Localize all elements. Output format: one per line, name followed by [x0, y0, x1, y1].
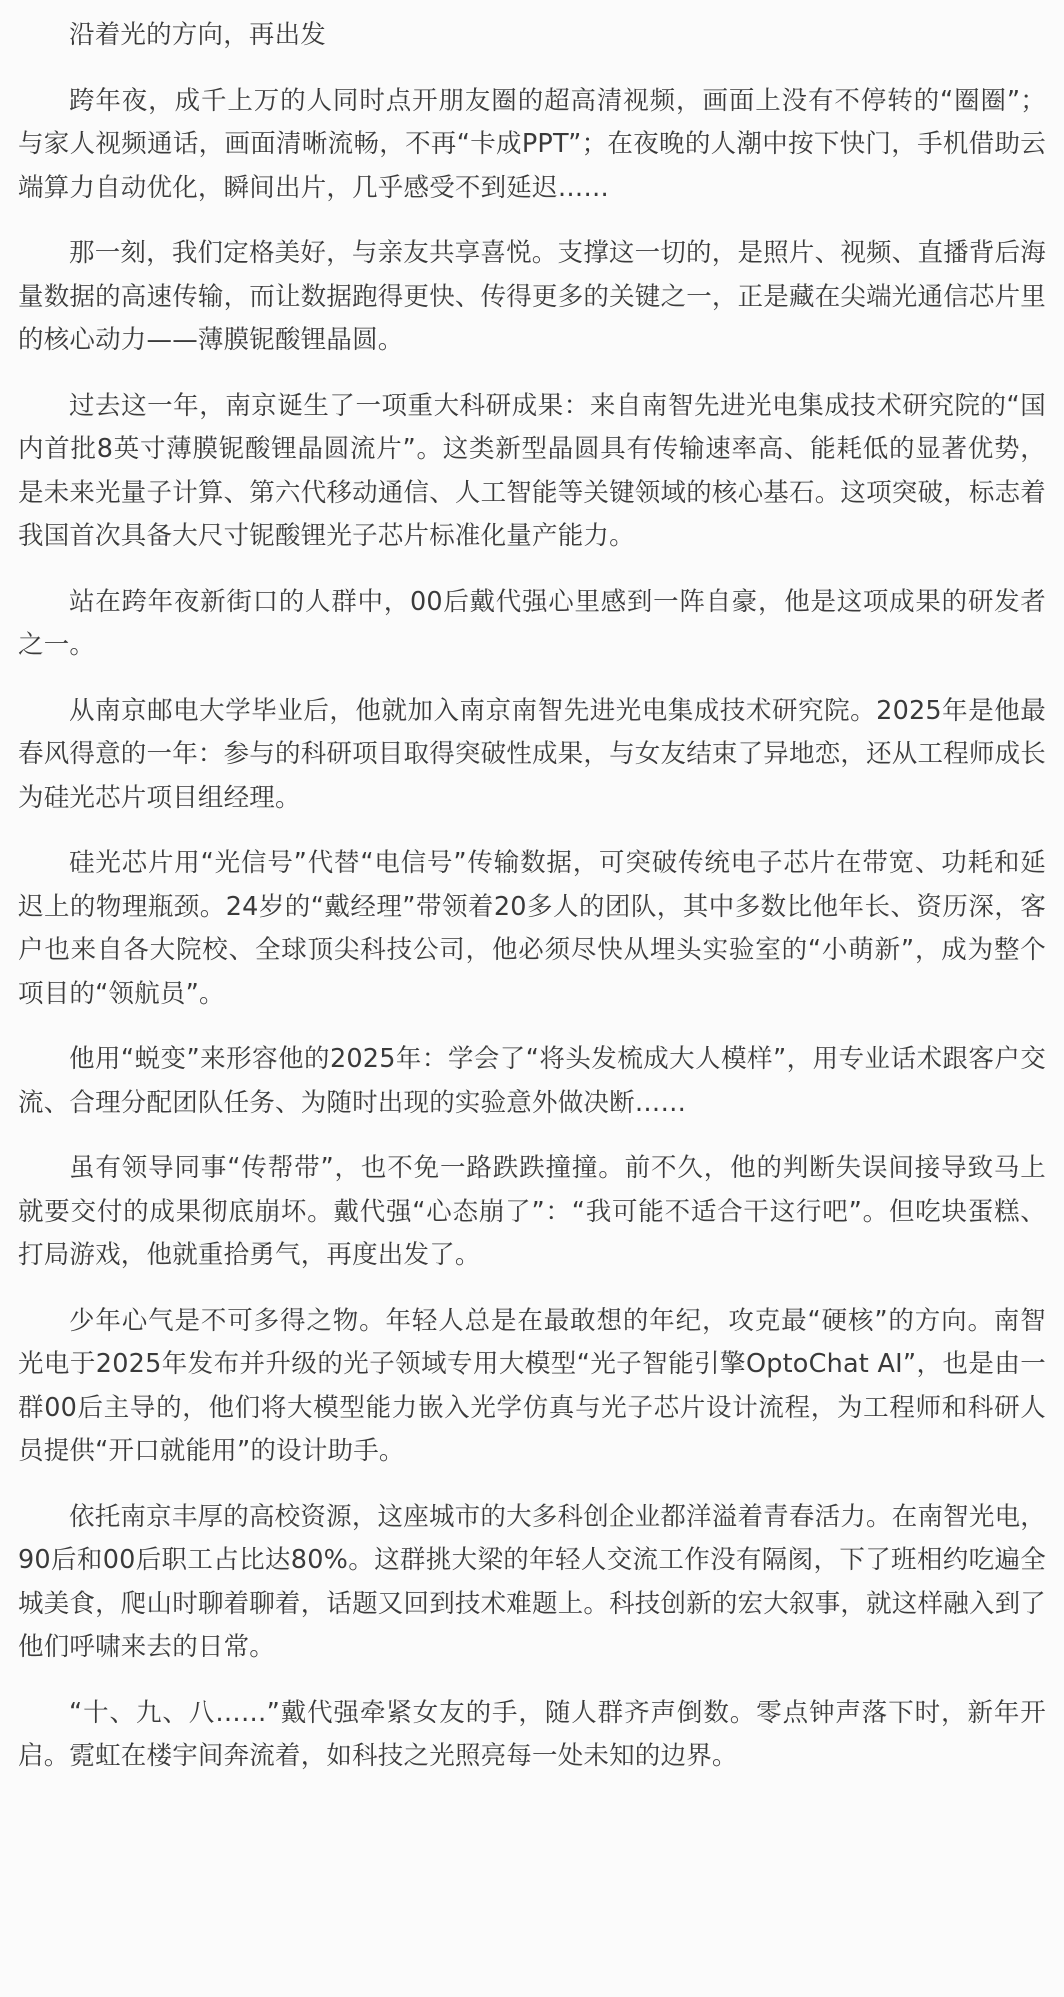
- paragraph: 那一刻，我们定格美好，与亲友共享喜悦。支撑这一切的，是照片、视频、直播背后海量数…: [18, 232, 1046, 363]
- paragraph: “十、九、八……”戴代强牵紧女友的手，随人群齐声倒数。零点钟声落下时，新年开启。…: [18, 1692, 1046, 1779]
- article-title: 沿着光的方向，再出发: [18, 14, 1046, 58]
- paragraph: 虽有领导同事“传帮带”，也不免一路跌跌撞撞。前不久，他的判断失误间接导致马上就要…: [18, 1147, 1046, 1278]
- paragraph: 站在跨年夜新街口的人群中，00后戴代强心里感到一阵自豪，他是这项成果的研发者之一…: [18, 581, 1046, 668]
- paragraph: 跨年夜，成千上万的人同时点开朋友圈的超高清视频，画面上没有不停转的“圈圈”；与家…: [18, 80, 1046, 211]
- paragraph: 硅光芯片用“光信号”代替“电信号”传输数据，可突破传统电子芯片在带宽、功耗和延迟…: [18, 842, 1046, 1016]
- paragraph: 过去这一年，南京诞生了一项重大科研成果：来自南智先进光电集成技术研究院的“国内首…: [18, 385, 1046, 559]
- paragraph: 依托南京丰厚的高校资源，这座城市的大多科创企业都洋溢着青春活力。在南智光电，90…: [18, 1496, 1046, 1670]
- paragraph: 他用“蜕变”来形容他的2025年：学会了“将头发梳成大人模样”，用专业话术跟客户…: [18, 1038, 1046, 1125]
- paragraph: 从南京邮电大学毕业后，他就加入南京南智先进光电集成技术研究院。2025年是他最春…: [18, 690, 1046, 821]
- article-body: 沿着光的方向，再出发 跨年夜，成千上万的人同时点开朋友圈的超高清视频，画面上没有…: [0, 0, 1064, 1779]
- paragraph: 少年心气是不可多得之物。年轻人总是在最敢想的年纪，攻克最“硬核”的方向。南智光电…: [18, 1300, 1046, 1474]
